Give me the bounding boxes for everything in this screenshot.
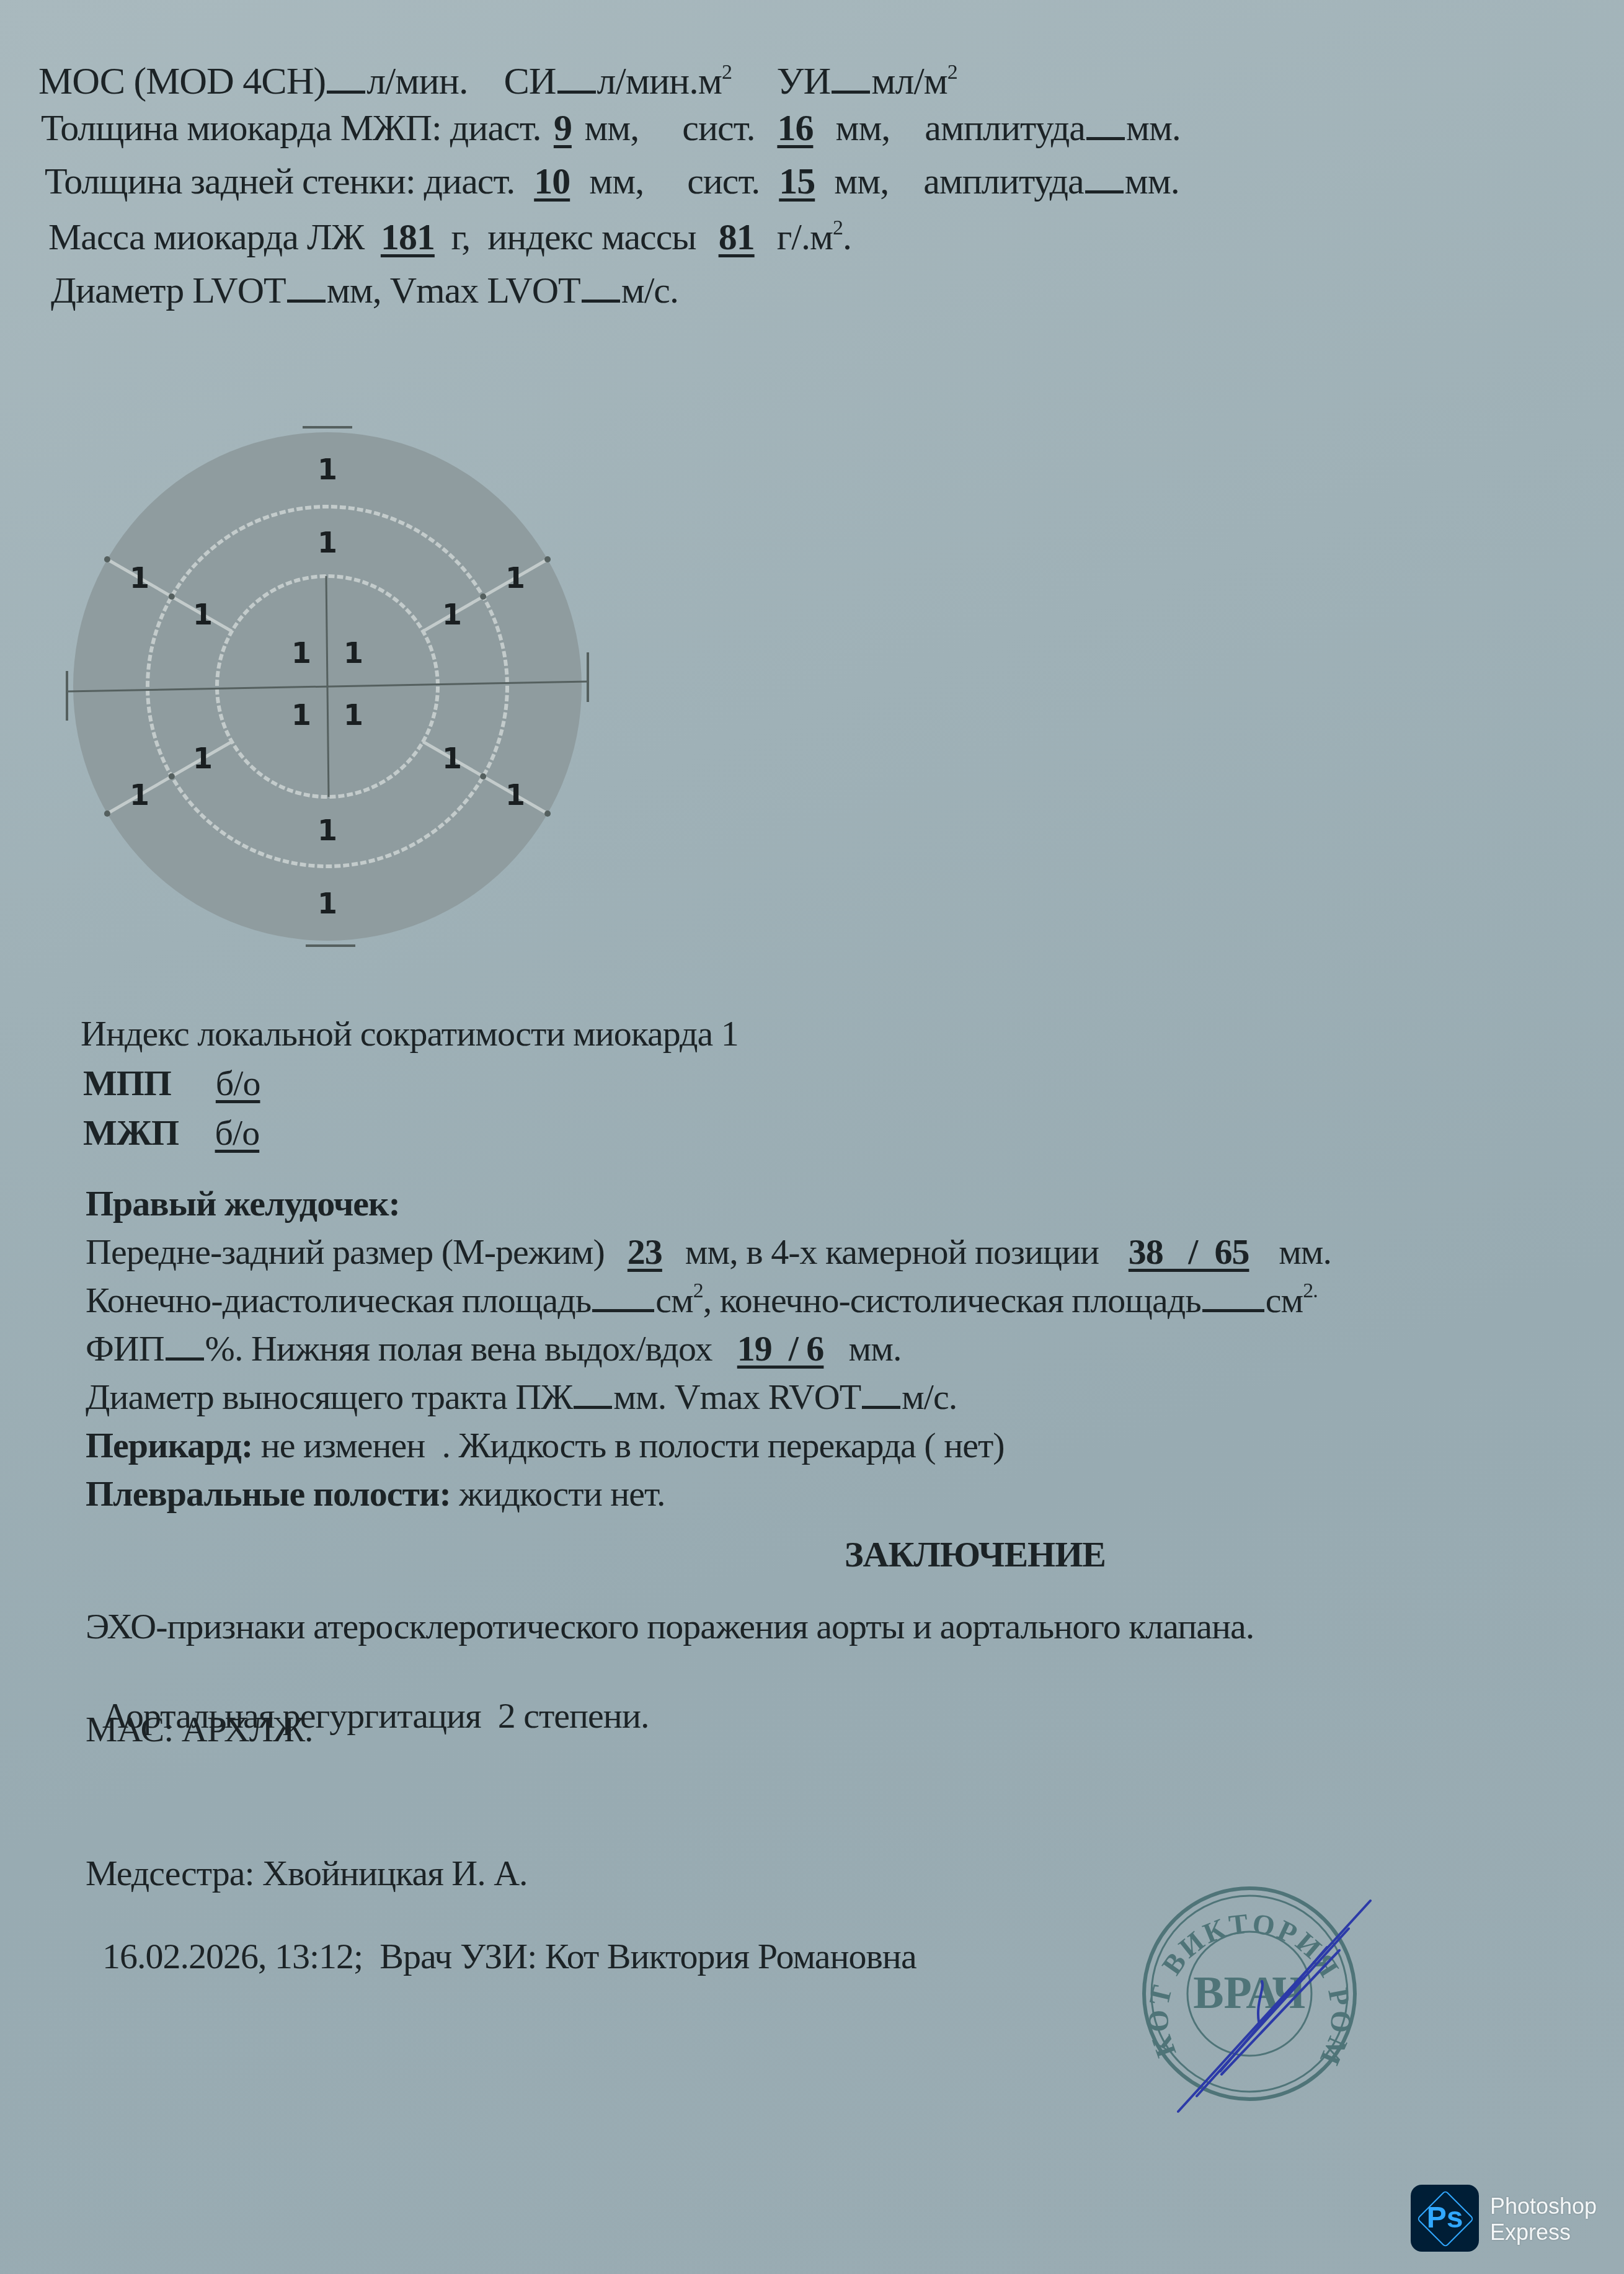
separator-dot (104, 811, 110, 817)
pw-syst-value: 15 (760, 162, 834, 200)
pw-syst-label: сист. (687, 161, 760, 202)
pericardium-label: Перикард: (86, 1425, 252, 1465)
separator-dot (544, 811, 551, 817)
lvot-vmax-blank (582, 293, 620, 303)
conclusion-line-3: МАС: АРХЛЖ. (86, 1712, 313, 1748)
si-sup: 2 (947, 61, 957, 84)
rv-ap-label: Передне-задний размер (М-режим) (86, 1232, 605, 1272)
pleura-label: Плевральные полости: (86, 1473, 451, 1514)
segment-score: 1 (130, 778, 149, 812)
ivc-unit: мм. (849, 1328, 902, 1369)
si-unit: мл/м (871, 60, 947, 102)
ias-label: МПП (83, 1063, 171, 1103)
lvot-unit1: мм, Vmax LVOT (327, 270, 580, 311)
pericardium-line: Перикард: не изменен . Жидкость в полост… (86, 1428, 1005, 1463)
conclusion-title-text: ЗАКЛЮЧЕНИЕ (845, 1534, 1106, 1574)
rv-esarea-sup: 2. (1303, 1279, 1318, 1302)
ps-icon-text: Ps (1411, 2201, 1479, 2235)
rv-esarea-unit: см (1266, 1280, 1303, 1320)
rv-fac-label: ФИП (86, 1328, 164, 1369)
pw-unit1: мм, (589, 161, 644, 202)
segment-score: 1 (291, 698, 311, 732)
wmsi-line: Индекс локальной сократимости миокарда 1 (81, 1016, 739, 1052)
lv-mass-unit: г, (451, 216, 470, 257)
ivs-syst-value: 16 (755, 109, 835, 146)
pw-diast-value: 10 (515, 162, 589, 200)
segment-score: 1 (317, 453, 337, 486)
conclusion-text-1: ЭХО-признаки атеросклеротического пораже… (86, 1606, 1254, 1646)
lv-mass-line: Масса миокарда ЛЖ181г, индекс массы81г/.… (48, 218, 851, 255)
pleura-text: жидкости нет. (459, 1473, 665, 1514)
pw-unit2: мм, (834, 161, 889, 202)
ps-label-line2: Express (1490, 2219, 1597, 2245)
rv-edarea-label: Конечно-диастолическая площадь (86, 1280, 591, 1320)
ivc-label: %. Нижняя полая вена выдох/вдох (205, 1328, 712, 1369)
segment-score: 1 (317, 526, 337, 559)
segment-score: 1 (344, 636, 363, 670)
ias-line: МПП б/о (83, 1065, 260, 1101)
ivs-morph-value: б/о (179, 1115, 259, 1151)
si-label: УИ (777, 60, 831, 102)
separator-dot (169, 773, 175, 779)
ivs-morph-line: МЖПб/о (83, 1115, 259, 1151)
ivs-syst-label: сист. (682, 107, 755, 148)
bullseye-diagram: 1111111111111111 (62, 409, 595, 961)
doctor-stamp: КОТ ВИКТОРИЯ РОМАНОВНА ВРАЧ (1129, 1867, 1389, 2115)
rv-esarea-label: , конечно-систолическая площадь (703, 1280, 1201, 1320)
lv-mass-label: Масса миокарда ЛЖ (48, 216, 364, 257)
ivs-label: Толщина миокарда МЖП: диаст. (41, 107, 541, 148)
pleura-line: Плевральные полости: жидкости нет. (86, 1476, 665, 1512)
rv-fac-blank (166, 1351, 204, 1361)
ivs-thickness-line: Толщина миокарда МЖП: диаст.9мм, сист.16… (41, 109, 1181, 146)
segment-score: 1 (193, 598, 213, 631)
ivs-unit1: мм, (584, 107, 639, 148)
ivc-value: 19 / 6 (712, 1331, 849, 1367)
moc-blank (327, 84, 365, 94)
segment-score: 1 (505, 778, 525, 812)
nurse-name: Медсестра: Хвойницкая И. А. (86, 1853, 528, 1893)
rvot-line: Диаметр выносящего тракта ПЖмм. Vmax RVO… (86, 1379, 957, 1415)
pw-thickness-line: Толщина задней стенки: диаст.10мм, сист.… (45, 162, 1179, 200)
lv-mass-index-unit: г/.м (777, 216, 833, 257)
conclusion-title: ЗАКЛЮЧЕНИЕ (845, 1537, 1106, 1573)
rv-edarea-blank (592, 1303, 654, 1312)
rv-ap-value: 23 (605, 1234, 685, 1270)
doctor-name: 16.02.2026, 13:12; Врач УЗИ: Кот Виктори… (102, 1936, 916, 1976)
moc-unit: л/мин. (366, 60, 468, 102)
si-blank (832, 84, 870, 94)
ivs-amp-blank (1086, 131, 1125, 140)
ias-value: б/о (179, 1065, 260, 1101)
doctor-line: 16.02.2026, 13:12; Врач УЗИ: Кот Виктори… (86, 1903, 916, 1974)
rv-title: Правый желудочек: (86, 1186, 400, 1222)
rv-esarea-blank (1202, 1303, 1264, 1312)
separator-dot (544, 556, 551, 562)
segment-score: 1 (317, 887, 337, 920)
ivs-amp-label: амплитуда (925, 107, 1085, 148)
photoshop-express-label: Photoshop Express (1490, 2193, 1597, 2245)
ci-unit: л/мин.м (597, 60, 722, 102)
segment-score: 1 (317, 814, 337, 847)
lv-mass-sup: 2 (833, 216, 843, 239)
lv-mass-end: . (843, 216, 851, 257)
rv-4ch-value: 38 / 65 (1099, 1234, 1279, 1270)
rvot-unit1: мм. Vmax RVOT (613, 1377, 861, 1417)
conclusion-line-1: ЭХО-признаки атеросклеротического пораже… (86, 1609, 1254, 1645)
ivs-unit3: мм. (1126, 107, 1181, 148)
rv-fac-line: ФИП%. Нижняя полая вена выдох/вдох19 / 6… (86, 1331, 901, 1367)
segment-score: 1 (130, 561, 149, 595)
rv-4ch-unit: мм. (1279, 1232, 1331, 1272)
wmsi-label: Индекс локальной сократимости миокарда 1 (81, 1013, 739, 1054)
segment-score: 1 (344, 698, 363, 732)
rv-edarea-sup: 2 (693, 1279, 703, 1302)
pw-label: Толщина задней стенки: диаст. (45, 161, 515, 202)
segment-score: 1 (505, 561, 525, 595)
photoshop-express-icon: Ps (1411, 2185, 1479, 2252)
ci-blank (557, 84, 596, 94)
lvot-label: Диаметр LVOT (51, 270, 286, 311)
pw-amp-label: амплитуда (923, 161, 1084, 202)
moc-label: МОС (MOD 4CH) (38, 60, 326, 102)
separator-dot (169, 593, 175, 600)
segment-score: 1 (291, 636, 311, 670)
ci-label: СИ (504, 60, 556, 102)
rv-ap-unit: мм, в 4-х камерной позиции (685, 1232, 1099, 1272)
rvot-unit2: м/с. (902, 1377, 957, 1417)
separator-dot (480, 773, 486, 779)
lvot-line: Диаметр LVOTмм, Vmax LVOTм/с. (51, 272, 678, 309)
rv-edarea-unit: см (655, 1280, 693, 1320)
segment-score: 1 (193, 742, 213, 775)
ci-sup: 2 (722, 61, 732, 84)
segment-score: 1 (442, 598, 462, 631)
lv-mass-index-label: индекс массы (487, 216, 696, 257)
pericardium-text: не изменен . Жидкость в полости перекард… (261, 1425, 1005, 1465)
rvot-label: Диаметр выносящего тракта ПЖ (86, 1377, 572, 1417)
lv-mass-index-value: 81 (696, 218, 777, 255)
ps-label-line1: Photoshop (1490, 2193, 1597, 2219)
conclusion-text-3: МАС: АРХЛЖ. (86, 1709, 313, 1749)
rv-title-text: Правый желудочек: (86, 1183, 400, 1224)
pw-unit3: мм. (1125, 161, 1179, 202)
pw-amp-blank (1085, 184, 1124, 193)
ivs-diast-value: 9 (541, 109, 584, 146)
nurse-line: Медсестра: Хвойницкая И. А. (86, 1855, 528, 1891)
segment-score: 1 (442, 742, 462, 775)
lvot-unit2: м/с. (621, 270, 678, 311)
rvot-vmax-blank (862, 1400, 900, 1409)
ivs-unit2: мм, (835, 107, 890, 148)
lvot-diam-blank (287, 293, 326, 303)
ivs-morph-label: МЖП (83, 1113, 179, 1153)
rv-area-line: Конечно-диастолическая площадьсм2, конеч… (86, 1282, 1318, 1318)
separator-dot (104, 556, 110, 562)
moc-ci-si-line: МОС (MOD 4CH)л/мин. СИл/мин.м2 УИмл/м2 (38, 62, 957, 100)
lv-mass-value: 181 (364, 218, 451, 255)
separator-dot (480, 593, 486, 600)
rv-ap-line: Передне-задний размер (М-режим)23мм, в 4… (86, 1234, 1331, 1270)
rvot-diam-blank (574, 1400, 612, 1409)
